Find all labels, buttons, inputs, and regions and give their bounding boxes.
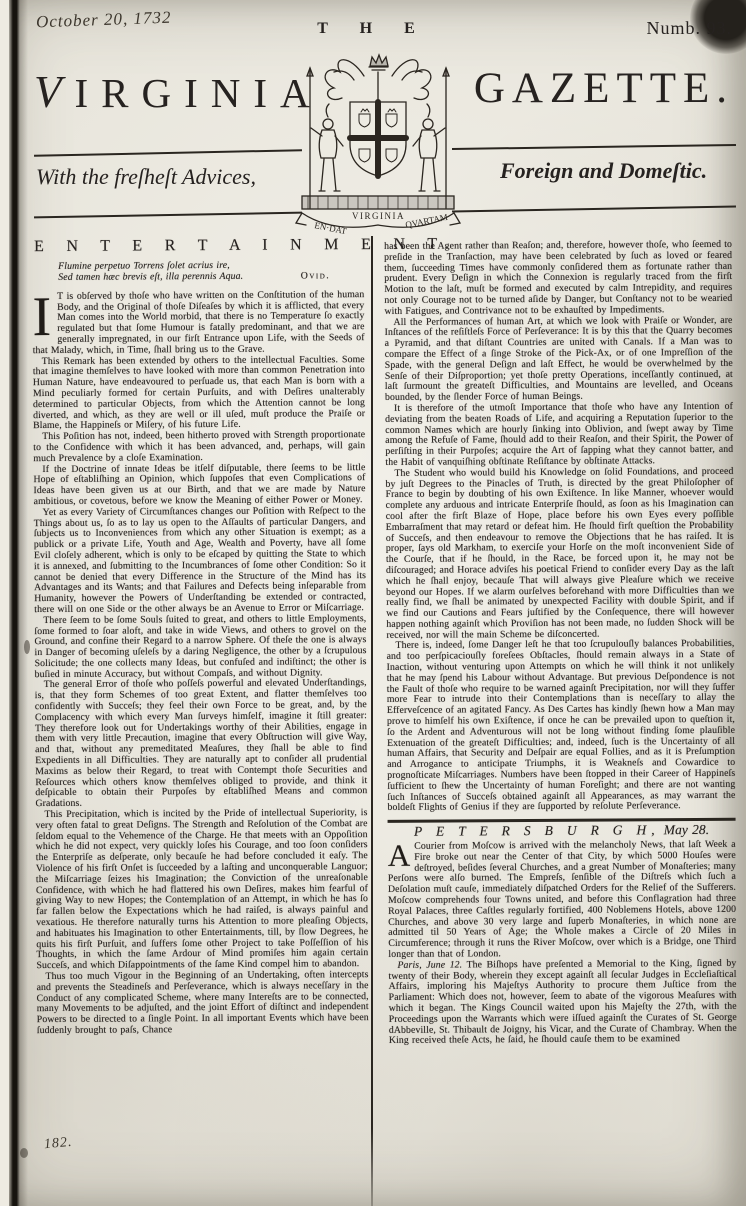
paragraph: Thus too much Vigour in the Beginning of… xyxy=(36,970,368,1037)
epigraph: Flumine perpetuo Torrens ſolet acrius ir… xyxy=(58,259,364,284)
ink-speck xyxy=(20,1148,28,1158)
paragraph: ACourier from Moſcow is arrived with the… xyxy=(388,840,737,961)
right-column: has been the Agent rather than Reaſon; a… xyxy=(384,240,737,1047)
binding-shadow-soft xyxy=(20,0,28,1206)
newspaper-page: October 20, 1732 T H E Numb. 93. VIRGINI… xyxy=(0,0,746,1206)
paragraph: IT is obſerved by thoſe who have written… xyxy=(32,290,364,357)
crest-motto-left: EN·DAT xyxy=(314,220,348,236)
masthead-rule xyxy=(34,212,302,219)
masthead-title-gazette: GAZETTE. xyxy=(474,64,734,113)
page-edge xyxy=(0,0,9,1206)
crest-motto-right: QVARTAM xyxy=(404,212,448,230)
body-text: E N T E R T A I N M E N T. Flumine perpe… xyxy=(0,236,746,241)
paragraph: It is therefore of the utmoſt Importance… xyxy=(385,402,733,469)
paragraph: Yet as every Variety of Circumſtances ch… xyxy=(34,506,367,616)
paragraph: Paris, June 12. The Biſhops have preſent… xyxy=(388,959,737,1047)
drop-cap: A xyxy=(388,842,415,868)
paragraph: This Precipitation, which is incited by … xyxy=(35,808,368,972)
issue-number: Numb. 93. xyxy=(647,18,733,39)
paragraph: The general Error of thoſe who poſſeſs p… xyxy=(35,679,368,811)
masthead-title-virginia: VIRGINIA xyxy=(34,66,323,118)
dateline-paris: Paris, June 12. xyxy=(397,959,462,970)
paragraph: has been the Agent rather than Reaſon; a… xyxy=(384,240,732,318)
ink-speck xyxy=(24,640,30,654)
coat-of-arms: EN·DAT VIRGINIA QVARTAM xyxy=(288,46,468,238)
column-divider xyxy=(371,236,373,1206)
masthead-rule xyxy=(452,144,736,150)
paragraph: If the Doctrine of innate Ideas be itſel… xyxy=(33,463,365,508)
paragraph: All the Performances of human Art, at wh… xyxy=(384,315,733,403)
dateline-heading-petersburgh: P E T E R S B U R G H, May 28. xyxy=(388,825,736,838)
motto-left: With the freſheſt Advices, xyxy=(36,164,256,190)
section-heading-entertainment: E N T E R T A I N M E N T. xyxy=(34,240,364,253)
masthead-rule xyxy=(34,149,302,157)
drop-cap: I xyxy=(32,292,57,339)
motto-right: Foreign and Domeſtic. xyxy=(500,158,707,184)
title-initial: V xyxy=(34,67,75,117)
paragraph: This Poſition has not, indeed, been hith… xyxy=(33,430,365,464)
handwritten-page-number: 182. xyxy=(43,1135,73,1153)
paragraph: There ſeem to be ſome Souls ſuited to gr… xyxy=(34,614,366,681)
masthead-the: T H E xyxy=(0,20,746,38)
masthead-rule xyxy=(452,206,736,213)
epigraph-attribution: Ovid. xyxy=(301,271,331,283)
left-column: E N T E R T A I N M E N T. Flumine perpe… xyxy=(32,238,369,1037)
paragraph: The Student who would build his Knowledg… xyxy=(385,467,734,642)
title-rest: IRGINIA xyxy=(75,70,323,116)
paragraph: There is, indeed, ſome Danger leſt he th… xyxy=(386,639,735,814)
crest-motto-center: VIRGINIA xyxy=(352,211,405,221)
paragraph: This Remark has been extended by others … xyxy=(33,355,365,433)
binding-shadow xyxy=(9,0,20,1206)
